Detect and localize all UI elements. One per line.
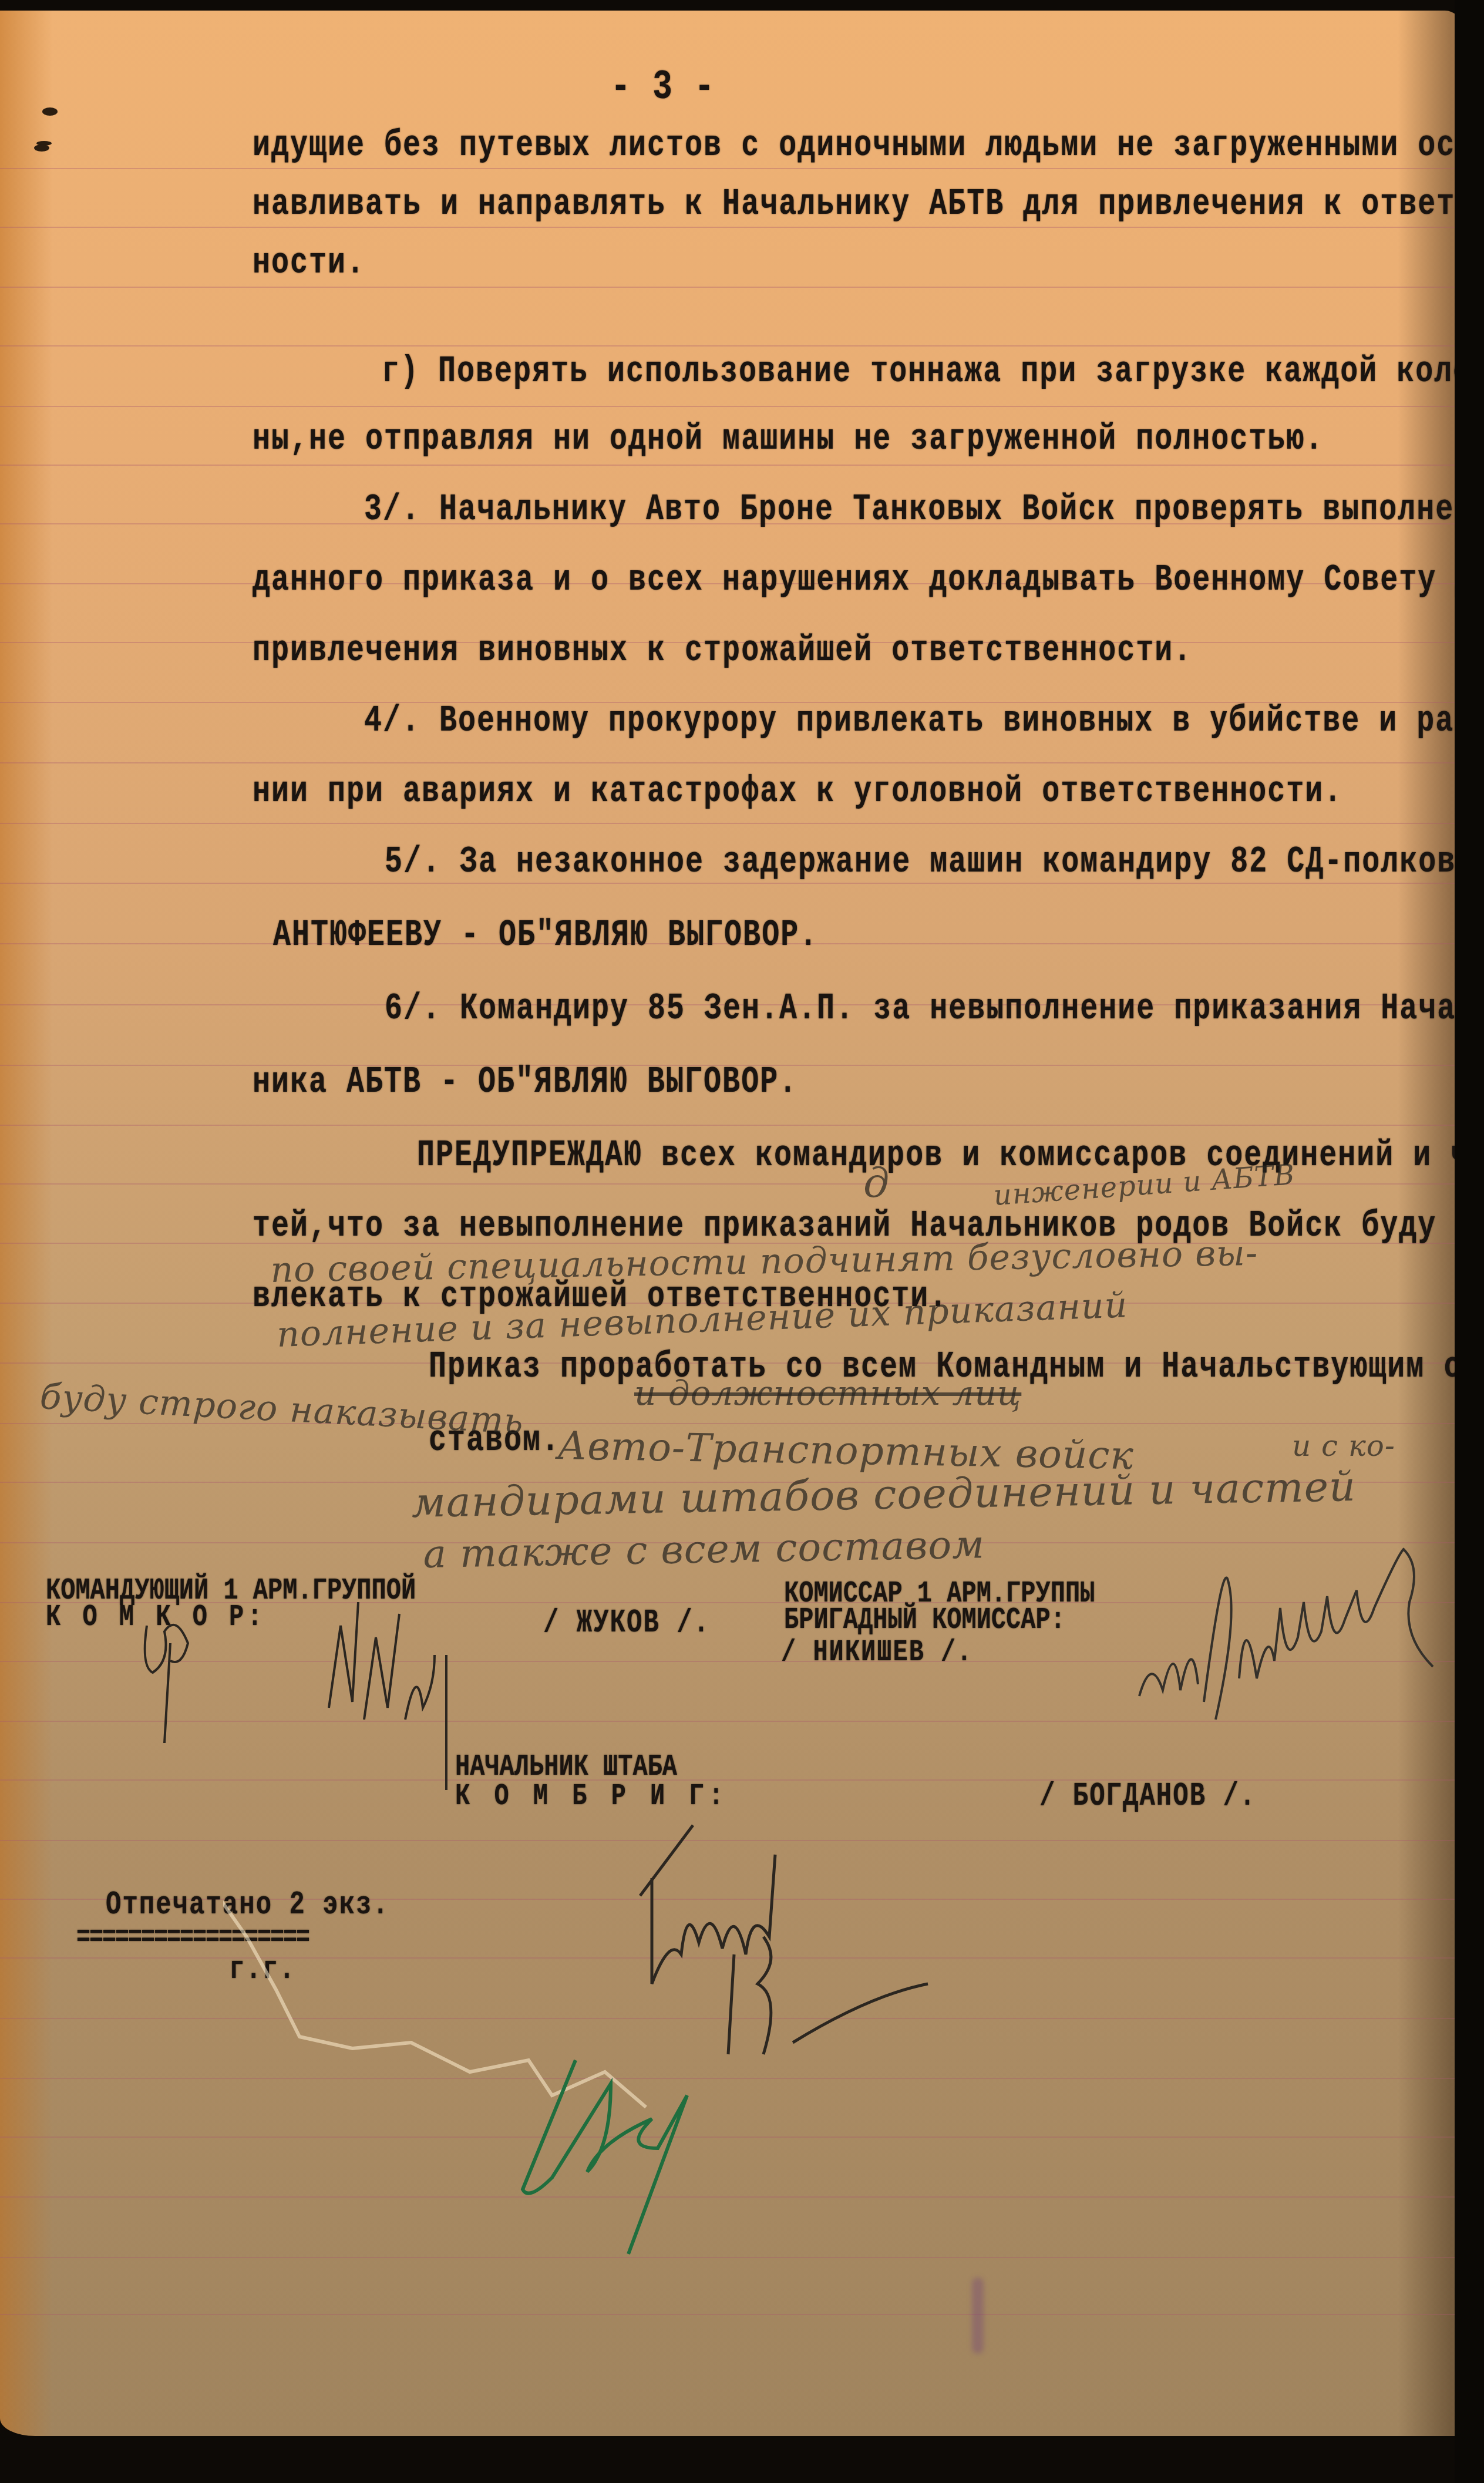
ruled-line — [0, 406, 1462, 407]
ruled-line — [0, 762, 1462, 763]
ruled-line — [0, 345, 1462, 346]
text-line: идущие без путевых листов с одиночными л… — [253, 125, 1484, 167]
signatory-name: / НИКИШЕВ /. — [781, 1634, 972, 1670]
text-line: навливать и направлять к Начальнику АБТВ… — [253, 184, 1484, 226]
text-line: привлечения виновных к строжайшей ответс… — [253, 630, 1192, 672]
text-line: ника АБТВ - ОБ"ЯВЛЯЮ ВЫГОВОР. — [253, 1062, 797, 1103]
nikishev-signature — [1128, 1543, 1456, 1720]
ink-smudge — [972, 2277, 984, 2354]
green-ink-signature — [505, 2054, 752, 2266]
text-line: ности. — [253, 243, 365, 284]
text-line: нии при авариях и катастрофах к уголовно… — [253, 771, 1342, 813]
signatory-name: / ЖУКОВ /. — [543, 1605, 710, 1642]
handwritten-annotation: и с ко- — [1292, 1429, 1395, 1463]
zhukov-signature — [317, 1567, 564, 1790]
binding-edge — [1455, 0, 1484, 2483]
text-line: данного приказа и о всех нарушениях докл… — [253, 560, 1484, 601]
handwritten-struck-text: и должностных лиц — [634, 1373, 1021, 1413]
ruled-line — [0, 823, 1462, 824]
document-page: - 3 - идущие без путевых листов с одиноч… — [0, 11, 1462, 2436]
text-line: ны,не отправляя ни одной машины не загру… — [253, 419, 1324, 460]
text-line: 4/. Военному прокурору привлекать виновн… — [364, 701, 1484, 742]
punch-hole — [34, 144, 49, 152]
ruled-line — [0, 287, 1462, 288]
zhukov-initials-signature — [123, 1573, 241, 1749]
text-line: 6/. Командиру 85 Зен.А.П. за невыполнени… — [385, 988, 1484, 1030]
handwritten-annotation: мандирами штабов соединений и частей — [411, 1462, 1357, 1527]
text-line: АНТЮФЕЕВУ - ОБ"ЯВЛЯЮ ВЫГОВОР. — [273, 915, 818, 957]
ruled-line — [0, 227, 1462, 228]
text-line: г) Поверять использование тоннажа при за… — [382, 351, 1484, 393]
text-line: 3/. Начальнику Авто Броне Танковых Войск… — [364, 489, 1484, 531]
signatory-rank: БРИГАДНЫЙ КОМИССАР: — [784, 1602, 1065, 1637]
ruled-line — [0, 465, 1462, 466]
ruled-line — [0, 2314, 1462, 2315]
text-line: 5/. За незаконное задержание машин коман… — [385, 842, 1484, 883]
text-line: ПРЕДУПРЕЖДАЮ всех командиров и комиссаро… — [417, 1135, 1484, 1177]
ruled-line — [0, 168, 1462, 169]
punch-hole — [42, 107, 58, 116]
handwritten-annotation: д — [863, 1159, 890, 1207]
ruled-line — [0, 1125, 1462, 1126]
page-number: - 3 - — [611, 63, 715, 110]
